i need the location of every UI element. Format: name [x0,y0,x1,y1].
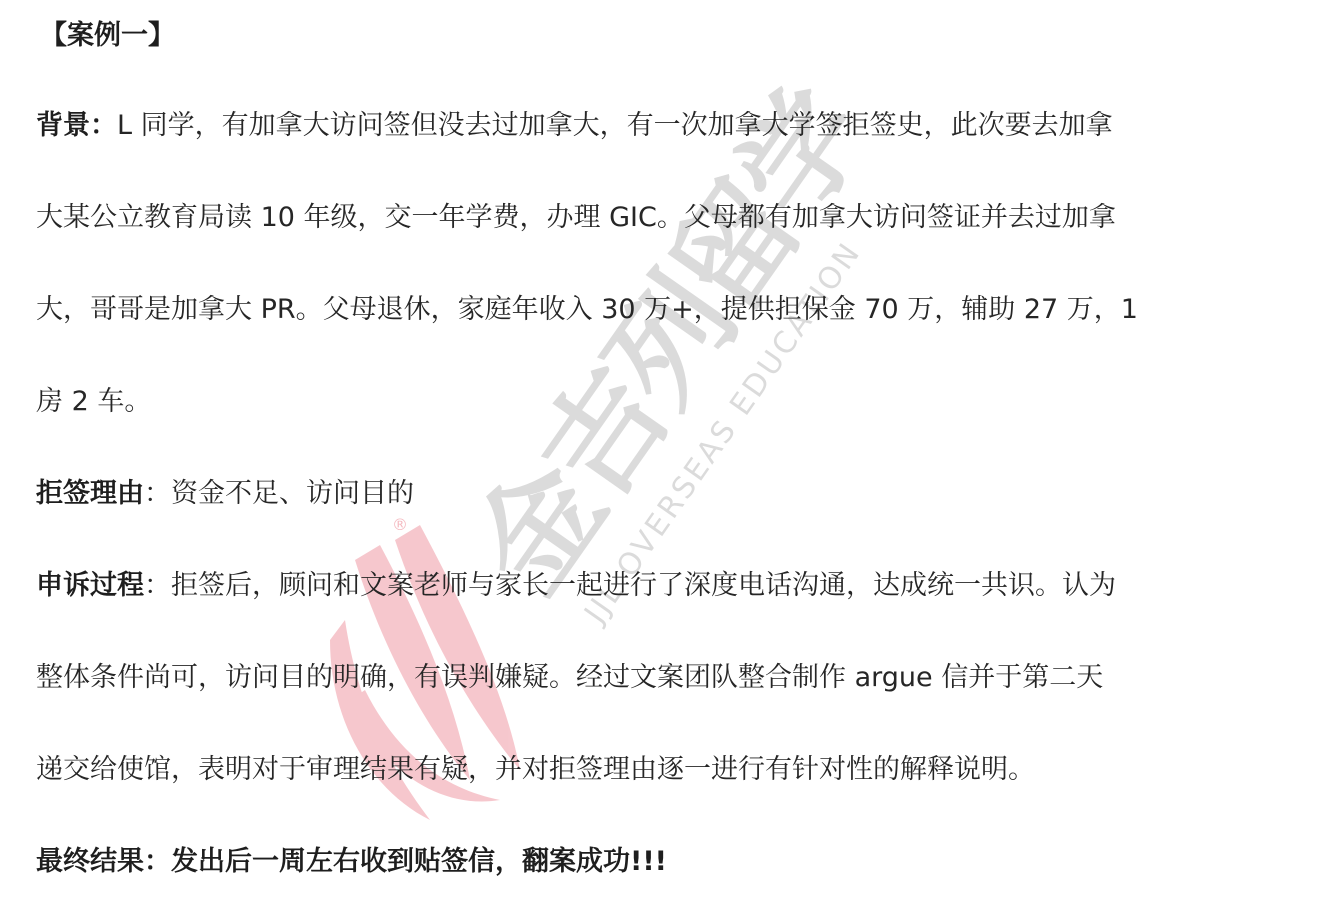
appeal-label: 申诉过程 [36,570,144,601]
appeal-line-3: 递交给使馆，表明对于审理结果有疑，并对拒签理由逐一进行有针对性的解释说明。 [36,752,1035,788]
final-result-label: 最终结果： [36,846,171,877]
background-line-3: 大，哥哥是加拿大 PR。父母退休，家庭年收入 30 万+，提供担保金 70 万，… [36,292,1138,328]
appeal-line-1: 申诉过程：拒签后，顾问和文案老师与家长一起进行了深度电话沟通，达成统一共识。认为 [36,568,1116,604]
refusal-reason-text: 资金不足、访问目的 [171,478,414,509]
appeal-line-2: 整体条件尚可，访问目的明确，有误判嫌疑。经过文案团队整合制作 argue 信并于… [36,660,1103,696]
registered-mark: ® [392,515,408,534]
background-label: 背景： [36,110,117,141]
refusal-reason-label: 拒签理由 [36,478,144,509]
background-line-4: 房 2 车。 [36,384,151,420]
refusal-reason-colon: ： [144,478,171,509]
appeal-text: 拒签后，顾问和文案老师与家长一起进行了深度电话沟通，达成统一共识。认为 [171,570,1116,601]
background-text: L 同学，有加拿大访问签但没去过加拿大，有一次加拿大学签拒签史，此次要去加拿 [117,110,1113,141]
case-title: 【案例一】 [40,18,175,54]
final-result: 最终结果：发出后一周左右收到贴签信，翻案成功!!! [36,844,667,880]
background-line-2: 大某公立教育局读 10 年级，交一年学费，办理 GIC。父母都有加拿大访问签证并… [36,200,1116,236]
appeal-colon: ： [144,570,171,601]
final-result-text: 发出后一周左右收到贴签信，翻案成功!!! [171,846,667,877]
watermark-brand-cn: 金吉列留学 [450,66,894,617]
background-line-1: 背景：L 同学，有加拿大访问签但没去过加拿大，有一次加拿大学签拒签史，此次要去加… [36,108,1113,144]
refusal-reason: 拒签理由：资金不足、访问目的 [36,476,414,512]
